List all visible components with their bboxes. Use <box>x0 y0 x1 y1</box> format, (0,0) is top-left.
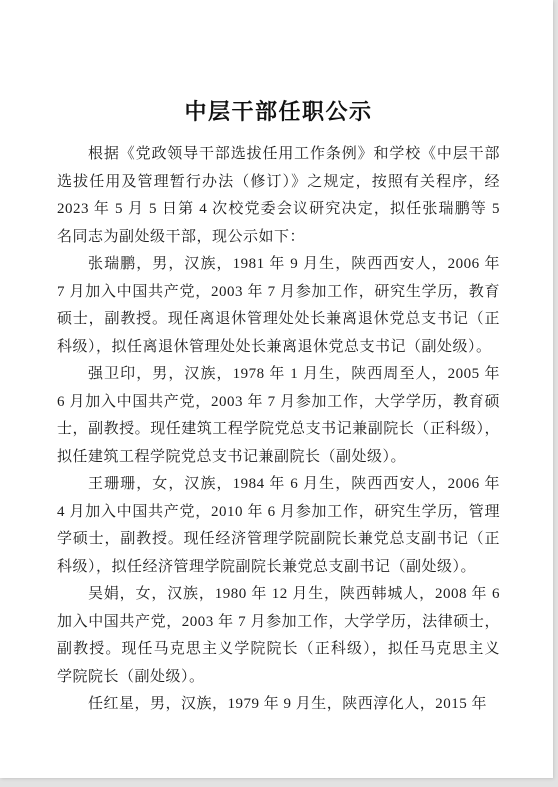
text-line: 科级），拟任经济管理学院副院长兼党总支副书记（副处级）。 <box>57 554 500 582</box>
document-page: 中层干部任职公示 根据《党政领导干部选拔任用工作条例》和学校《中层干部 选拔任用… <box>0 0 553 778</box>
document-body: 根据《党政领导干部选拔任用工作条例》和学校《中层干部 选拔任用及管理暂行办法（修… <box>57 141 500 719</box>
text-line: 加入中国共产党，2003 年 7 月参加工作，大学学历，法律硕士， <box>57 609 500 637</box>
paragraph-wangshanshan: 王珊珊，女，汉族，1984 年 6 月生，陕西西安人，2006 年 4 月加入中… <box>57 471 500 581</box>
text-line: 张瑞鹏，男，汉族，1981 年 9 月生，陕西西安人，2006 年 <box>57 251 500 279</box>
text-line: 学硕士，副教授。现任经济管理学院副院长兼党总支副书记（正 <box>57 526 500 554</box>
document-title: 中层干部任职公示 <box>57 97 500 127</box>
text-line: 2023 年 5 月 5 日第 4 次校党委会议研究决定，拟任张瑞鹏等 5 <box>57 196 500 224</box>
text-line: 士，副教授。现任建筑工程学院党总支书记兼副院长（正科级）， <box>57 416 500 444</box>
text-line: 王珊珊，女，汉族，1984 年 6 月生，陕西西安人，2006 年 <box>57 471 500 499</box>
text-line: 选拔任用及管理暂行办法（修订）》之规定，按照有关程序，经 <box>57 169 500 197</box>
text-line: 任红星，男，汉族，1979 年 9 月生，陕西淳化人，2015 年 <box>57 691 500 719</box>
text-line: 4 月加入中国共产党，2010 年 6 月参加工作，研究生学历，管理 <box>57 499 500 527</box>
text-line: 吴娟，女，汉族，1980 年 12 月生，陕西韩城人，2008 年 6 <box>57 581 500 609</box>
paragraph-renhongxing: 任红星，男，汉族，1979 年 9 月生，陕西淳化人，2015 年 <box>57 691 500 719</box>
text-line: 强卫印，男，汉族，1978 年 1 月生，陕西周至人，2005 年 <box>57 361 500 389</box>
text-line: 根据《党政领导干部选拔任用工作条例》和学校《中层干部 <box>57 141 500 169</box>
text-line: 7 月加入中国共产党，2003 年 7 月参加工作，研究生学历，教育 <box>57 279 500 307</box>
paragraph-intro: 根据《党政领导干部选拔任用工作条例》和学校《中层干部 选拔任用及管理暂行办法（修… <box>57 141 500 251</box>
paragraph-zhangruipeng: 张瑞鹏，男，汉族，1981 年 9 月生，陕西西安人，2006 年 7 月加入中… <box>57 251 500 361</box>
text-line: 拟任建筑工程学院党总支书记兼副院长（副处级）。 <box>57 444 500 472</box>
text-line: 副教授。现任马克思主义学院院长（正科级），拟任马克思主义 <box>57 636 500 664</box>
paragraph-wujuan: 吴娟，女，汉族，1980 年 12 月生，陕西韩城人，2008 年 6 加入中国… <box>57 581 500 691</box>
text-line: 学院院长（副处级）。 <box>57 664 500 692</box>
paragraph-qiangweiyin: 强卫印，男，汉族，1978 年 1 月生，陕西周至人，2005 年 6 月加入中… <box>57 361 500 471</box>
text-line: 名同志为副处级干部，现公示如下： <box>57 224 500 252</box>
text-line: 硕士，副教授。现任离退休管理处处长兼离退休党总支书记（正 <box>57 306 500 334</box>
text-line: 6 月加入中国共产党，2003 年 7 月参加工作，大学学历，教育硕 <box>57 389 500 417</box>
text-line: 科级），拟任离退休管理处处长兼离退休党总支书记（副处级）。 <box>57 334 500 362</box>
